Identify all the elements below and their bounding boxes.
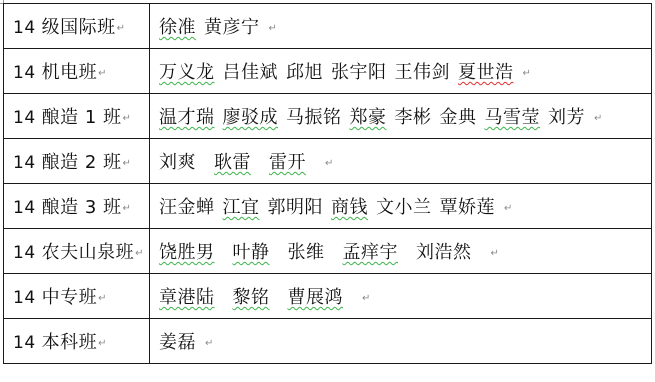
student-name: 黄彦宁 <box>204 13 260 39</box>
paragraph-mark-icon: ↵ <box>98 68 107 79</box>
paragraph-mark-icon: ↵ <box>504 203 513 214</box>
class-year: 14 <box>13 18 36 38</box>
student-name: 江宜 <box>223 193 260 219</box>
student-name: 章港陆 <box>159 283 215 309</box>
student-name: 覃娇莲 <box>440 193 496 219</box>
class-name: 级国际班 <box>42 17 116 38</box>
class-roster-table: 14级国际班↵ 徐准黄彦宁↵ 14机电班↵ 万义龙吕佳斌邱旭张宇阳王伟剑夏世浩↵… <box>3 3 652 364</box>
class-year: 14 <box>13 243 36 263</box>
table-row: 14酿造 3 班↵ 汪金蝉江宜郭明阳商钱文小兰覃娇莲↵ <box>4 184 652 229</box>
student-name: 刘浩然 <box>416 238 472 264</box>
student-name: 曹展鸿 <box>288 283 344 309</box>
student-name: 饶胜男 <box>159 238 215 264</box>
student-name: 汪金蝉 <box>159 193 215 219</box>
class-year: 14 <box>13 288 36 308</box>
student-name: 叶静 <box>233 238 270 264</box>
class-cell[interactable]: 14机电班↵ <box>4 49 150 94</box>
student-name: 姜磊 <box>159 328 196 354</box>
table-row: 14中专班↵ 章港陆黎铭曹展鸿↵ <box>4 274 652 319</box>
class-name: 农夫山泉班 <box>42 242 135 263</box>
names-cell[interactable]: 姜磊↵ <box>150 319 652 364</box>
paragraph-mark-icon: ↵ <box>523 68 532 79</box>
table-row: 14农夫山泉班↵ 饶胜男叶静张维孟痒宇刘浩然↵ <box>4 229 652 274</box>
student-name: 李彬 <box>395 103 432 129</box>
names-cell[interactable]: 徐准黄彦宁↵ <box>150 4 652 49</box>
student-name: 耿雷 <box>214 148 251 174</box>
names-cell[interactable]: 万义龙吕佳斌邱旭张宇阳王伟剑夏世浩↵ <box>150 49 652 94</box>
paragraph-mark-icon: ↵ <box>135 248 144 259</box>
paragraph-mark-icon: ↵ <box>325 158 334 169</box>
class-name: 机电班 <box>42 62 98 83</box>
names-cell[interactable]: 章港陆黎铭曹展鸿↵ <box>150 274 652 319</box>
student-name: 张维 <box>288 238 325 264</box>
student-name: 邱旭 <box>286 58 323 84</box>
class-cell[interactable]: 14级国际班↵ <box>4 4 150 49</box>
student-name: 徐准 <box>159 13 196 39</box>
class-name: 酿造 3 班 <box>42 197 122 218</box>
table-body: 14级国际班↵ 徐准黄彦宁↵ 14机电班↵ 万义龙吕佳斌邱旭张宇阳王伟剑夏世浩↵… <box>4 4 652 364</box>
paragraph-mark-icon: ↵ <box>98 338 107 349</box>
student-name: 万义龙 <box>159 58 215 84</box>
paragraph-mark-icon: ↵ <box>123 158 132 169</box>
paragraph-mark-icon: ↵ <box>594 113 603 124</box>
student-name: 马振铭 <box>286 103 342 129</box>
class-cell[interactable]: 14农夫山泉班↵ <box>4 229 150 274</box>
class-year: 14 <box>13 333 36 353</box>
paragraph-mark-icon: ↵ <box>98 293 107 304</box>
table-row: 14机电班↵ 万义龙吕佳斌邱旭张宇阳王伟剑夏世浩↵ <box>4 49 652 94</box>
names-cell[interactable]: 刘爽耿雷雷开↵ <box>150 139 652 184</box>
student-name: 温才瑞 <box>159 103 215 129</box>
class-year: 14 <box>13 153 36 173</box>
class-cell[interactable]: 14酿造 2 班↵ <box>4 139 150 184</box>
class-name: 酿造 2 班 <box>42 152 122 173</box>
student-name: 郭明阳 <box>268 193 324 219</box>
student-name: 马雪莹 <box>485 103 541 129</box>
table-row: 14本科班↵ 姜磊↵ <box>4 319 652 364</box>
names-cell[interactable]: 温才瑞廖驳成马振铭郑豪李彬金典马雪莹刘芳↵ <box>150 94 652 139</box>
student-name: 夏世浩 <box>458 58 514 84</box>
class-name: 中专班 <box>42 287 98 308</box>
student-name: 黎铭 <box>233 283 270 309</box>
student-name: 吕佳斌 <box>223 58 279 84</box>
student-name: 王伟剑 <box>395 58 451 84</box>
student-name: 金典 <box>440 103 477 129</box>
class-cell[interactable]: 14酿造 1 班↵ <box>4 94 150 139</box>
student-name: 刘爽 <box>159 148 196 174</box>
class-cell[interactable]: 14本科班↵ <box>4 319 150 364</box>
paragraph-mark-icon: ↵ <box>117 23 126 34</box>
student-name: 张宇阳 <box>331 58 387 84</box>
names-cell[interactable]: 汪金蝉江宜郭明阳商钱文小兰覃娇莲↵ <box>150 184 652 229</box>
table-row: 14酿造 1 班↵ 温才瑞廖驳成马振铭郑豪李彬金典马雪莹刘芳↵ <box>4 94 652 139</box>
paragraph-mark-icon: ↵ <box>123 113 132 124</box>
student-name: 廖驳成 <box>223 103 279 129</box>
class-cell[interactable]: 14酿造 3 班↵ <box>4 184 150 229</box>
student-name: 商钱 <box>331 193 368 219</box>
paragraph-mark-icon: ↵ <box>205 338 214 349</box>
student-name: 文小兰 <box>376 193 432 219</box>
student-name: 雷开 <box>269 148 306 174</box>
table-row: 14级国际班↵ 徐准黄彦宁↵ <box>4 4 652 49</box>
class-year: 14 <box>13 63 36 83</box>
names-cell[interactable]: 饶胜男叶静张维孟痒宇刘浩然↵ <box>150 229 652 274</box>
student-name: 孟痒宇 <box>343 238 399 264</box>
table-row: 14酿造 2 班↵ 刘爽耿雷雷开↵ <box>4 139 652 184</box>
class-year: 14 <box>13 198 36 218</box>
paragraph-mark-icon: ↵ <box>491 248 500 259</box>
paragraph-mark-icon: ↵ <box>362 293 371 304</box>
class-year: 14 <box>13 108 36 128</box>
class-cell[interactable]: 14中专班↵ <box>4 274 150 319</box>
paragraph-mark-icon: ↵ <box>123 203 132 214</box>
class-name: 本科班 <box>42 332 98 353</box>
paragraph-mark-icon: ↵ <box>269 23 278 34</box>
student-name: 郑豪 <box>350 103 387 129</box>
class-name: 酿造 1 班 <box>42 107 122 128</box>
student-name: 刘芳 <box>548 103 585 129</box>
